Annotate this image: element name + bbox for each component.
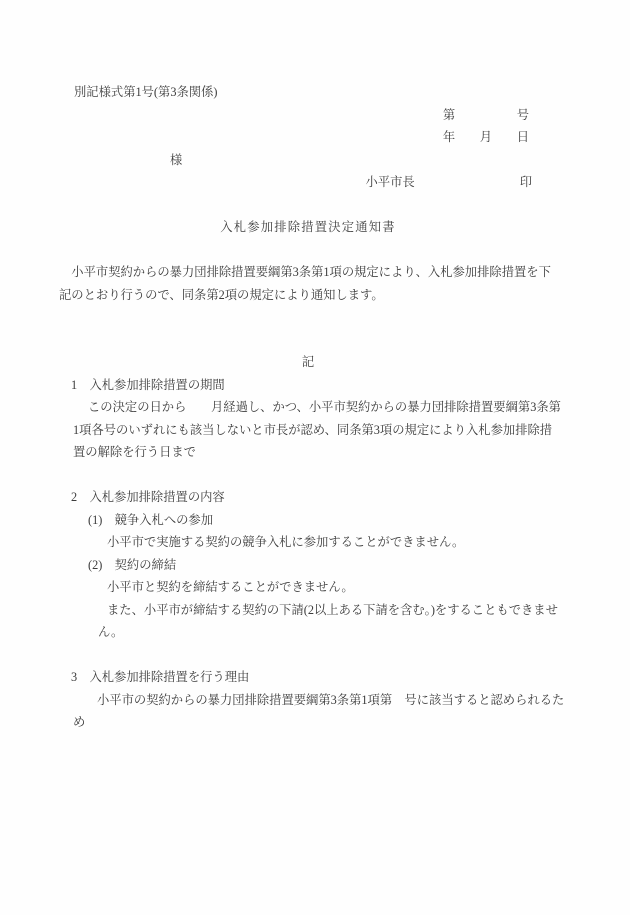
section-3-line-2: め (59, 711, 557, 734)
section-2-item-1-body: 小平市で実施する契約の競争入札に参加することができません。 (59, 531, 557, 554)
section-2-item-1-heading: (1) 競争入札への参加 (59, 509, 557, 532)
doc-number-line: 第 号 (59, 104, 557, 127)
section-1-heading: 1 入札参加排除措置の期間 (59, 374, 557, 397)
sender-line: 小平市長印 (59, 171, 557, 194)
sender-name: 小平市長 (365, 175, 414, 189)
section-2-heading: 2 入札参加排除措置の内容 (59, 486, 557, 509)
date-line: 年 月 日 (59, 126, 557, 149)
intro-paragraph-line-2: 記のとおり行うので、同条第2項の規定により通知します。 (59, 284, 557, 307)
document-content: 別記様式第1号(第3条関係) 第 号 年 月 日 様 小平市長印 入札参加排除措… (59, 81, 557, 734)
section-2-item-2-body-3: ん。 (59, 621, 557, 644)
section-3-line-1: 小平市の契約からの暴力団排除措置要綱第3条第1項第 号に該当すると認められるた (59, 689, 557, 712)
section-3-heading: 3 入札参加排除措置を行う理由 (59, 666, 557, 689)
section-2-item-2-heading: (2) 契約の締結 (59, 554, 557, 577)
section-1-line-2: 1項各号のいずれにも該当しないと市長が認め、同条第3項の規定により入札参加排除措 (59, 419, 557, 442)
section-2-item-2-body-2: また、小平市が締結する契約の下請(2以上ある下請を含む。)をすることもできませ (59, 599, 557, 622)
form-label: 別記様式第1号(第3条関係) (59, 81, 557, 104)
section-1-line-3: 置の解除を行う日まで (59, 441, 557, 464)
document-page: 別記様式第1号(第3条関係) 第 号 年 月 日 様 小平市長印 入札参加排除措… (0, 0, 630, 915)
section-2-item-2-body-1: 小平市と契約を締結することができません。 (59, 576, 557, 599)
document-title: 入札参加排除措置決定通知書 (59, 216, 557, 239)
section-1-line-1: この決定の日から 月経過し、かつ、小平市契約からの暴力団排除措置要綱第3条第 (59, 396, 557, 419)
addressee-suffix: 様 (170, 153, 182, 167)
ki-marker: 記 (59, 351, 557, 374)
intro-paragraph-line-1: 小平市契約からの暴力団排除措置要綱第3条第1項の規定により、入札参加排除措置を下 (59, 261, 557, 284)
addressee-line: 様 (59, 149, 557, 172)
seal-mark: 印 (520, 175, 532, 189)
